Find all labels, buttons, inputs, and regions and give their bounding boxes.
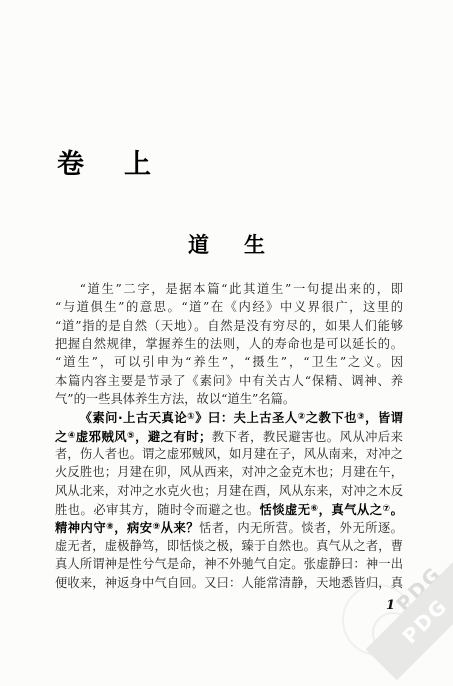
text-segment: 教下者，教民避害也。风从冲后来 — [211, 430, 403, 444]
volume-heading: 卷上 — [57, 142, 151, 181]
body-line: 胜也。必审其方，随时令而避之也。恬惔虚无⑥，真气从之⑦。 — [55, 500, 403, 518]
annotation-ref: ④ — [68, 431, 76, 441]
body-line: 者，伤人者也。谓之虚邪贼风，如月建在子，风从南来，对冲之 — [55, 445, 403, 463]
text-segment: 真人所谓神是性兮气是命，神不外驰气自定。张虚静曰：神一出 — [55, 557, 403, 571]
section-title-char: 道 — [188, 232, 209, 257]
body-line: 火反胜也；月建在卯，风从西来，对冲之金克木也；月建在午， — [55, 463, 403, 481]
text-segment: 之 — [55, 430, 68, 444]
volume-heading-char: 上 — [124, 149, 151, 180]
text-segment: 精神内守 — [55, 521, 106, 535]
body-line: 《素问·上古天真论①》曰：夫上古圣人②之教下也③，皆谓 — [55, 408, 403, 426]
volume-heading-char: 卷 — [57, 149, 84, 180]
body-line: 便收来，神返身中气自回。又曰：人能常清静，天地悉皆归，真 — [55, 574, 403, 592]
text-segment: “与道俱生”的意思。“道”在《内经》中义界很广，这里的 — [55, 300, 403, 314]
annotation-ref: ⑨ — [153, 522, 161, 532]
text-segment: ，皆谓 — [365, 411, 403, 425]
text-segment: 从来？ — [161, 521, 199, 535]
text-segment: ，病安 — [114, 521, 152, 535]
text-segment: 把握自然规律，掌握养生的法则，人的寿命也是可以延长的。 — [55, 337, 403, 351]
page-number: 1 — [386, 598, 395, 613]
annotation-ref: ⑤ — [127, 431, 135, 441]
annotation-ref: ⑦ — [383, 504, 391, 514]
text-segment: 恬者，内无所营。惔者，外无所逐。 — [199, 521, 403, 535]
section-title-char: 生 — [244, 232, 265, 257]
text-segment: 便收来，神返身中气自回。又曰：人能常清静，天地悉皆归，真 — [55, 576, 403, 590]
annotation-ref: ⑥ — [311, 504, 319, 514]
body-line: “道生”二字，是据本篇“此其道生”一句提出来的，即 — [55, 280, 403, 298]
body-text: “道生”二字，是据本篇“此其道生”一句提出来的，即“与道俱生”的意思。“道”在《… — [55, 280, 403, 592]
text-segment: 》曰：夫上古圣人 — [195, 411, 297, 425]
annotation-ref: ② — [298, 412, 306, 422]
text-segment: 火反胜也；月建在卯，风从西来，对冲之金克木也；月建在午， — [55, 465, 403, 479]
text-segment: 之教下也 — [306, 411, 357, 425]
text-segment: 气”的一些具体养生方法，故以“道生”名篇。 — [55, 392, 295, 406]
annotation-ref: ⑧ — [106, 522, 114, 532]
page-container: PDG PDG 卷上 道生 “道生”二字，是据本篇“此其道生”一句提出来的，即“… — [0, 0, 453, 686]
body-line: 风从北来，对冲之水克火也；月建在酉，风从东来，对冲之木反 — [55, 482, 403, 500]
text-segment: 胜也。必审其方，随时令而避之也。 — [55, 503, 259, 517]
body-line: 虚无者，虚极静笃，即恬惔之极，臻于自然也。真气从之者，曹 — [55, 537, 403, 555]
section-title: 道生 — [0, 229, 453, 259]
body-line: 气”的一些具体养生方法，故以“道生”名篇。 — [55, 390, 403, 408]
text-segment: 虚邪贼风 — [76, 430, 127, 444]
body-line: 之④虚邪贼风⑤，避之有时；教下者，教民避害也。风从冲后来 — [55, 427, 403, 445]
body-line: 精神内守⑧，病安⑨从来？恬者，内无所营。惔者，外无所逐。 — [55, 518, 403, 536]
body-line: 真人所谓神是性兮气是命，神不外驰气自定。张虚静曰：神一出 — [55, 555, 403, 573]
text-segment: 。 — [391, 503, 403, 517]
text-segment: 者，伤人者也。谓之虚邪贼风，如月建在子，风从南来，对冲之 — [55, 447, 403, 461]
text-segment: “道生”二字，是据本篇“此其道生”一句提出来的，即 — [80, 282, 403, 296]
text-segment: “道生”，可以引申为“养生”，“摄生”，“卫生”之义。因 — [55, 355, 403, 369]
body-line: “道”指的是自然（天地）。自然是没有穷尽的，如果人们能够 — [55, 317, 403, 335]
body-line: “与道俱生”的意思。“道”在《内经》中义界很广，这里的 — [55, 298, 403, 316]
text-segment: 《素问·上古天真论 — [80, 411, 188, 425]
body-line: “道生”，可以引申为“养生”，“摄生”，“卫生”之义。因 — [55, 353, 403, 371]
body-line: 本篇内容主要是节录了《素问》中有关古人“保精、调神、养 — [55, 372, 403, 390]
text-segment: 本篇内容主要是节录了《素问》中有关古人“保精、调神、养 — [55, 374, 403, 388]
text-segment: ，避之有时； — [135, 430, 211, 444]
text-segment: ，真气从之 — [319, 503, 383, 517]
text-segment: 恬惔虚无 — [259, 503, 310, 517]
text-segment: 风从北来，对冲之水克火也；月建在酉，风从东来，对冲之木反 — [55, 484, 403, 498]
text-segment: “道”指的是自然（天地）。自然是没有穷尽的，如果人们能够 — [55, 319, 403, 333]
annotation-ref: ③ — [357, 412, 365, 422]
text-segment: 虚无者，虚极静笃，即恬惔之极，臻于自然也。真气从之者，曹 — [55, 539, 403, 553]
body-line: 把握自然规律，掌握养生的法则，人的寿命也是可以延长的。 — [55, 335, 403, 353]
